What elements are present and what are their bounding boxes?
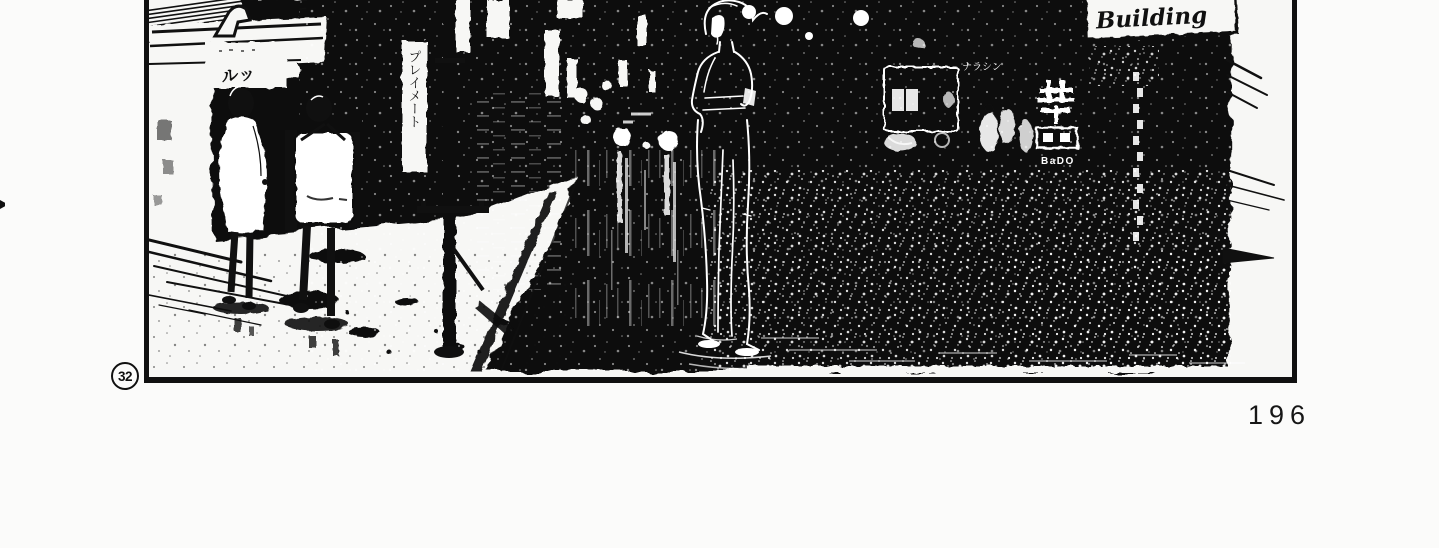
vertical-banner-sign: プレイメート [401,40,428,173]
panel-artwork: ルッ [149,0,1292,377]
distant-neon-text: ナラシン [962,61,1002,73]
neon-sign-caption-text: BaDO [1041,156,1075,167]
panel-32: ルッ [144,0,1297,383]
vertical-banner-text: プレイメート [407,50,422,128]
print-artifact-tick [0,200,5,209]
panel-number-badge: 32 [111,362,139,390]
white-shopping-bag [295,132,353,224]
handbag-highlight [743,88,756,106]
building-script-sign: Building [1085,0,1237,40]
shutter-speckle [1089,46,1159,86]
storefront-scribble-text: ルッ [220,64,256,86]
panel-number: 32 [118,369,132,384]
page-number: 196 [1248,400,1311,431]
manga-page: ルッ [0,0,1439,548]
